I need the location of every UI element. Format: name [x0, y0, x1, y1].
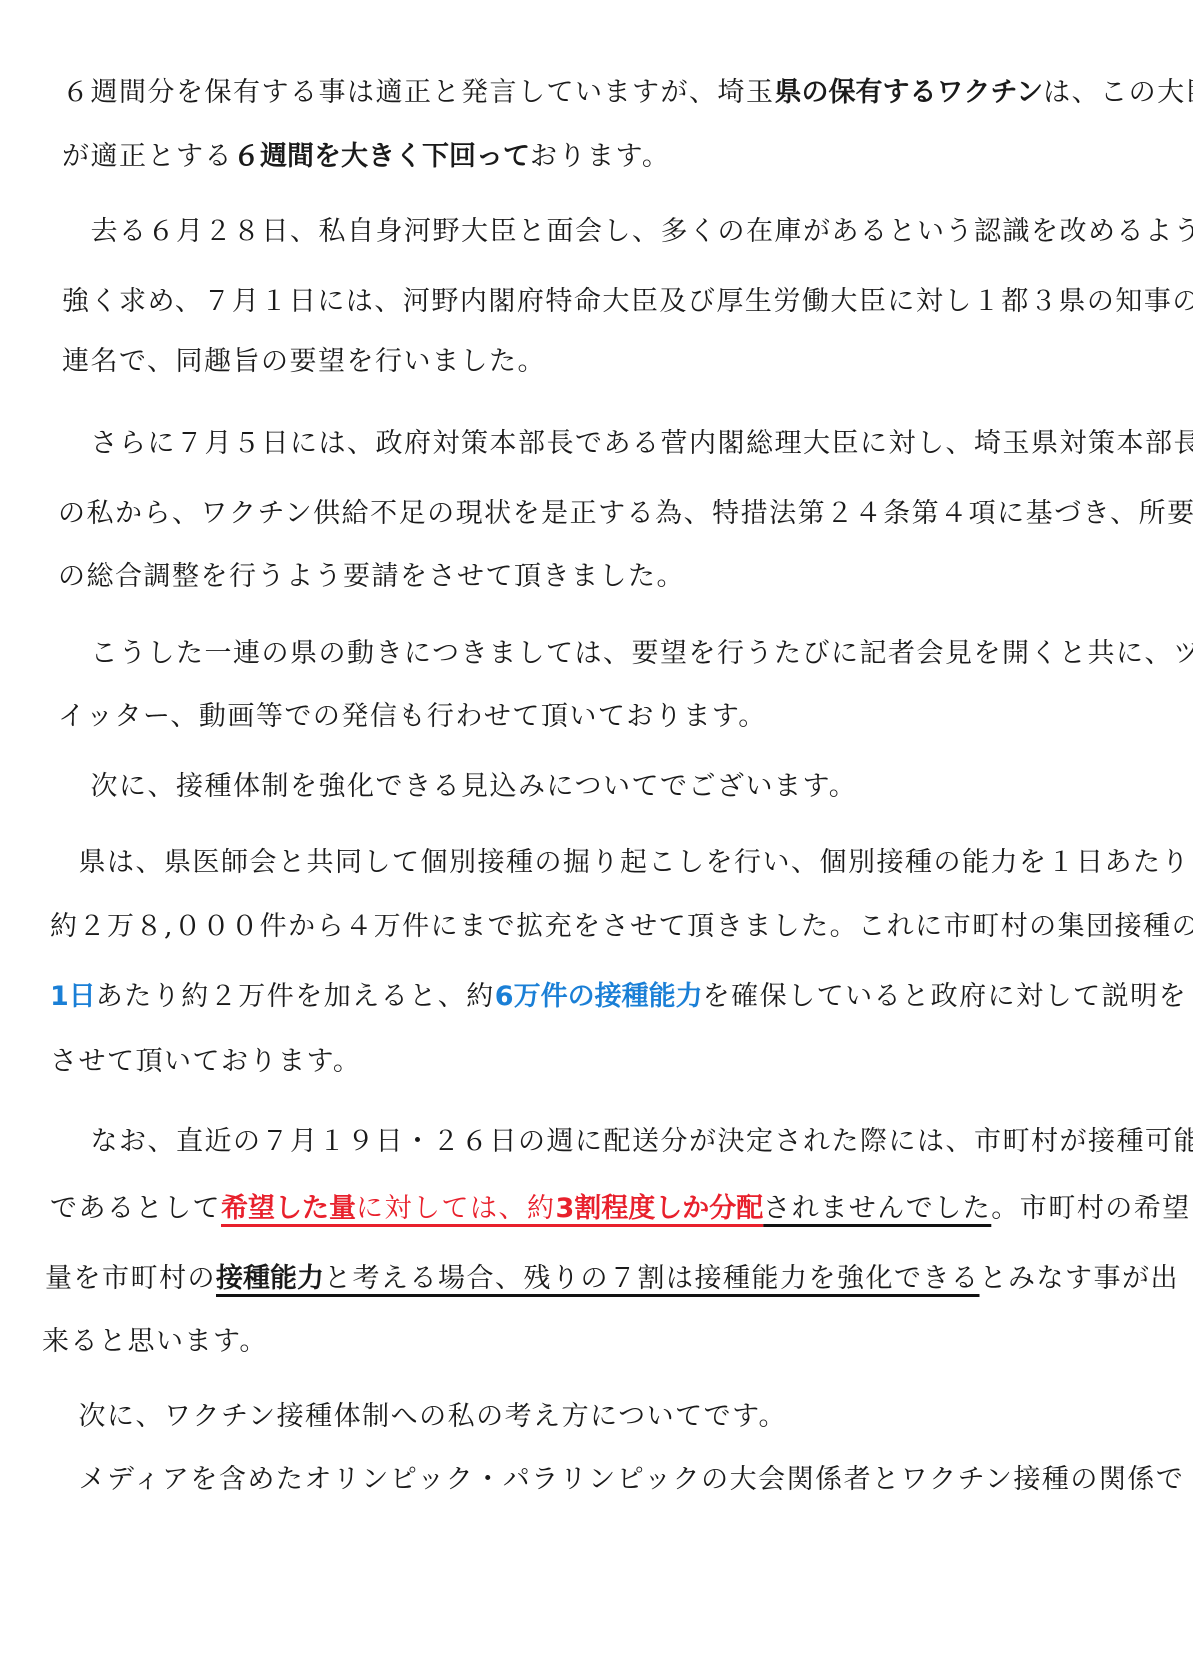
red-underline-span: 希望した量に対しては、約3割程度しか分配 — [221, 1193, 763, 1224]
text-line-8: の総合調整を行うよう要請をさせて頂きました。 — [58, 560, 685, 594]
black-underline-span: されませんでした — [763, 1193, 991, 1224]
text-line-9: こうした一連の県の動きにつきましては、要望を行うたびに記者会見を開くと共に、ツ — [62, 637, 1193, 671]
red-bold-phrase: 希望した量 — [221, 1193, 356, 1224]
text-line-19: 来ると思います。 — [42, 1325, 268, 1359]
text-line-12: 県は、県医師会と共同して個別接種の掘り起こしを行い、個別接種の能力を１日あたり — [50, 846, 1190, 880]
red-bold-phrase: 3割程度しか分配 — [556, 1193, 764, 1224]
text-line-6: さらに７月５日には、政府対策本部長である菅内閣総理大臣に対し、埼玉県対策本部長 — [62, 427, 1193, 461]
blue-highlight: 1日 — [50, 981, 96, 1012]
bold-phrase: 接種能力 — [216, 1263, 324, 1294]
text-line-7: の私から、ワクチン供給不足の現状を是正する為、特措法第２４条第４項に基づき、所要 — [58, 497, 1193, 531]
text-line-11: 次に、接種体制を強化できる見込みについてでございます。 — [62, 770, 857, 804]
bold-phrase: 県の保有するワクチン — [775, 77, 1044, 108]
text-line-1: ６週間分を保有する事は適正と発言していますが、埼玉県の保有するワクチンは、この大… — [62, 76, 1193, 110]
text-line-14: 1日あたり約２万件を加えると、約6万件の接種能力を確保していると政府に対して説明… — [50, 980, 1187, 1014]
bold-phrase: ６週間を大きく下回って — [233, 141, 530, 172]
text-line-13: 約２万８,０００件から４万件にまで拡充をさせて頂きました。これに市町村の集団接種… — [50, 910, 1193, 944]
black-underline-span: 接種能力と考える場合、残りの７割は接種能力を強化できる — [216, 1263, 980, 1294]
text-line-4: 強く求め、７月１日には、河野内閣府特命大臣及び厚生労働大臣に対し１都３県の知事の — [62, 285, 1193, 319]
text-line-2: が適正とする６週間を大きく下回っております。 — [62, 140, 670, 174]
document-page: ６週間分を保有する事は適正と発言していますが、埼玉県の保有するワクチンは、この大… — [0, 0, 1193, 1677]
blue-highlight: 6万件の接種能力 — [495, 981, 703, 1012]
text-line-17: であるとして希望した量に対しては、約3割程度しか分配されませんでした。市町村の希… — [50, 1192, 1191, 1226]
text-line-10: イッター、動画等での発信も行わせて頂いております。 — [58, 700, 767, 734]
text-line-16: なお、直近の７月１９日・２６日の週に配送分が決定された際には、市町村が接種可能 — [62, 1125, 1193, 1159]
text-line-15: させて頂いております。 — [50, 1045, 361, 1079]
text-line-21: メディアを含めたオリンピック・パラリンピックの大会関係者とワクチン接種の関係で — [50, 1463, 1184, 1497]
text-line-20: 次に、ワクチン接種体制への私の考え方についてです。 — [50, 1400, 787, 1434]
text-line-5: 連名で、同趣旨の要望を行いました。 — [62, 345, 546, 379]
text-line-18: 量を市町村の接種能力と考える場合、残りの７割は接種能力を強化できるとみなす事が出 — [45, 1262, 1179, 1296]
text-line-3: 去る６月２８日、私自身河野大臣と面会し、多くの在庫があるという認識を改めるよう — [62, 215, 1193, 249]
